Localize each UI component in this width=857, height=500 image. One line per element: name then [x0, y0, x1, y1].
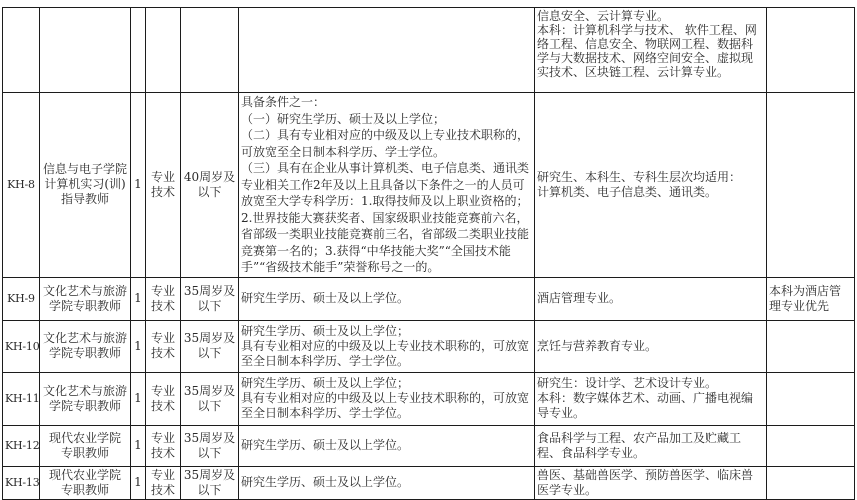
- table-row: KH-10 文化艺术与旅游 学院专职教师 1 专业技术 35周岁及以下 研究生学…: [3, 320, 855, 372]
- cell-qualification: [239, 8, 535, 93]
- cell-count: 1: [131, 425, 146, 466]
- cell-majors: 酒店管理专业。: [535, 277, 767, 320]
- table-row: 信息安全、云计算专业。 本科：计算机科学与技术、 软件工程、网络工程、信息安全、…: [3, 8, 855, 93]
- cell-age-limit: 35周岁及以下: [181, 277, 239, 320]
- cell-position: 信息与电子学院 计算机实习(训) 指导教师: [40, 93, 131, 278]
- cell-majors: 研究生：设计学、艺术设计专业。 本科：数字媒体艺术、动画、广播电视编导专业。: [535, 372, 767, 425]
- cell-count: 1: [131, 93, 146, 278]
- cell-count: 1: [131, 320, 146, 372]
- cell-job-type: 专业技术: [146, 277, 181, 320]
- cell-job-type: 专业技术: [146, 372, 181, 425]
- cell-code: KH-11: [3, 372, 40, 425]
- table-row: KH-11 文化艺术与旅游 学院专职教师 1 专业技术 35周岁及以下 研究生学…: [3, 372, 855, 425]
- table-row: KH-8 信息与电子学院 计算机实习(训) 指导教师 1 专业技术 40周岁及以…: [3, 93, 855, 278]
- cell-code: KH-8: [3, 93, 40, 278]
- cell-position: 文化艺术与旅游 学院专职教师: [40, 320, 131, 372]
- cell-qualification: 研究生学历、硕士及以上学位； 具有专业相对应的中级及以上专业技术职称的，可放宽至…: [239, 320, 535, 372]
- cell-remarks: [767, 466, 855, 499]
- cell-remarks: [767, 8, 855, 93]
- cell-job-type: 专业技术: [146, 320, 181, 372]
- cell-code: KH-10: [3, 320, 40, 372]
- cell-majors: 烹饪与营养教育专业。: [535, 320, 767, 372]
- cell-remarks: 本科为酒店管理专业优先: [767, 277, 855, 320]
- cell-age-limit: [181, 8, 239, 93]
- cell-qualification: 研究生学历、硕士及以上学位； 具有专业相对应的中级及以上专业技术职称的，可放宽至…: [239, 372, 535, 425]
- cell-qualification: 具备条件之一： （一）研究生学历、硕士及以上学位； （二）具有专业相对应的中级及…: [239, 93, 535, 278]
- cell-position: [40, 8, 131, 93]
- cell-job-type: [146, 8, 181, 93]
- cell-majors: 兽医、基础兽医学、预防兽医学、临床兽医学专业。: [535, 466, 767, 499]
- cell-job-type: 专业技术: [146, 425, 181, 466]
- cell-qualification: 研究生学历、硕士及以上学位。: [239, 277, 535, 320]
- table-row: KH-13 现代农业学院 专职教师 1 专业技术 35周岁及以下 研究生学历、硕…: [3, 466, 855, 499]
- cell-job-type: 专业技术: [146, 93, 181, 278]
- recruitment-table-document: 信息安全、云计算专业。 本科：计算机科学与技术、 软件工程、网络工程、信息安全、…: [2, 7, 855, 500]
- cell-age-limit: 35周岁及以下: [181, 466, 239, 499]
- cell-count: 1: [131, 372, 146, 425]
- cell-code: [3, 8, 40, 93]
- cell-code: KH-9: [3, 277, 40, 320]
- cell-age-limit: 40周岁及以下: [181, 93, 239, 278]
- cell-majors: 研究生、本科生、专科生层次均适用： 计算机类、电子信息类、通讯类。: [535, 93, 767, 278]
- cell-position: 现代农业学院 专职教师: [40, 466, 131, 499]
- cell-code: KH-13: [3, 466, 40, 499]
- cell-majors: 食品科学与工程、农产品加工及贮藏工程、食品科学专业。: [535, 425, 767, 466]
- cell-count: 1: [131, 466, 146, 499]
- cell-age-limit: 35周岁及以下: [181, 372, 239, 425]
- table-row: KH-9 文化艺术与旅游 学院专职教师 1 专业技术 35周岁及以下 研究生学历…: [3, 277, 855, 320]
- cell-code: KH-12: [3, 425, 40, 466]
- cell-job-type: 专业技术: [146, 466, 181, 499]
- cell-position: 文化艺术与旅游 学院专职教师: [40, 372, 131, 425]
- cell-remarks: [767, 372, 855, 425]
- cell-count: 1: [131, 277, 146, 320]
- cell-qualification: 研究生学历、硕士及以上学位。: [239, 466, 535, 499]
- cell-qualification: 研究生学历、硕士及以上学位。: [239, 425, 535, 466]
- table-row: KH-12 现代农业学院 专职教师 1 专业技术 35周岁及以下 研究生学历、硕…: [3, 425, 855, 466]
- recruitment-table: 信息安全、云计算专业。 本科：计算机科学与技术、 软件工程、网络工程、信息安全、…: [2, 7, 855, 500]
- cell-position: 现代农业学院 专职教师: [40, 425, 131, 466]
- cell-majors: 信息安全、云计算专业。 本科：计算机科学与技术、 软件工程、网络工程、信息安全、…: [535, 8, 767, 93]
- cell-count: [131, 8, 146, 93]
- cell-age-limit: 35周岁及以下: [181, 425, 239, 466]
- cell-age-limit: 35周岁及以下: [181, 320, 239, 372]
- cell-remarks: [767, 93, 855, 278]
- cell-remarks: [767, 425, 855, 466]
- cell-remarks: [767, 320, 855, 372]
- cell-position: 文化艺术与旅游 学院专职教师: [40, 277, 131, 320]
